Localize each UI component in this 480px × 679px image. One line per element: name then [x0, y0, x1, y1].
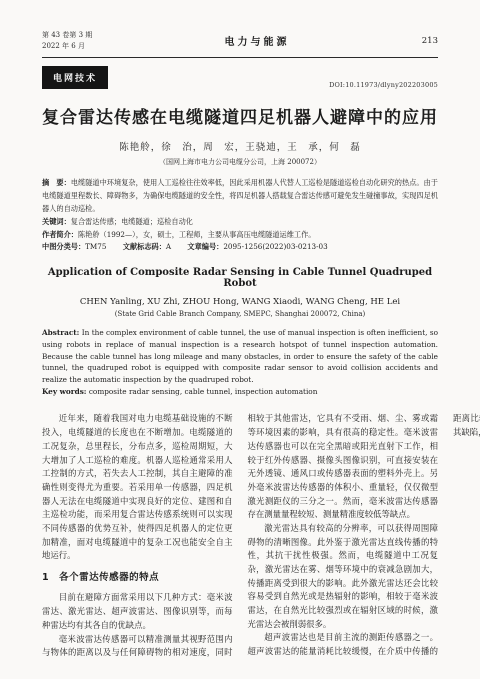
abstract-en-text: In the complex environment of cable tunn…	[42, 328, 438, 384]
doi-text: DOI:10.11973/dlyny202203005	[329, 81, 438, 89]
abstract-en-label: Abstract:	[42, 328, 79, 337]
journal-name: 电力与能源	[225, 33, 290, 48]
abstract-zh-label: 摘 要：	[42, 178, 71, 187]
authors-zh: 陈艳舲，徐 治，周 宏，王骁迪，王 承，何 磊	[42, 139, 438, 153]
classification-line: 中图分类号：TM75 文献标志码：A 文章编号：2095-1256(2022)0…	[42, 241, 438, 254]
clc-value: TM75	[85, 242, 106, 251]
author-bio-text: 陈艳舲（1992—），女，硕士，工程师，主要从事高压电缆隧道运维工作。	[78, 230, 316, 239]
doc-code-label: 文献标志码：	[123, 242, 166, 251]
doc-code-segment: 文献标志码：A	[123, 242, 171, 251]
authors-en: CHEN Yanling, XU Zhi, ZHOU Hong, WANG Xi…	[42, 297, 438, 307]
body-paragraph-1: 近年来，随着我国对电力电缆基础设施的不断投入，电缆隧道的长度也在不断增加。电缆隧…	[42, 412, 233, 563]
clc-segment: 中图分类号：TM75	[42, 242, 106, 251]
doc-code-value: A	[166, 242, 171, 251]
body-paragraph-4: 激光雷达具有较高的分辨率，可以获得周围障碍物的清晰图像。此外鉴于激光雷达直线传播…	[248, 522, 439, 632]
header-divider	[42, 57, 438, 58]
journal-page: 第 43 卷第 3 期 2022 年 6 月 电力与能源 213 电网技术 DO…	[0, 0, 480, 679]
keywords-zh: 关键词：复合雷达传感；电缆隧道；巡检自动化	[42, 216, 438, 229]
keywords-en-text: composite radar sensing, cable tunnel, i…	[87, 387, 318, 396]
article-body: 近年来，随着我国对电力电缆基础设施的不断投入，电缆隧道的长度也在不断增加。电缆隧…	[42, 412, 438, 660]
page-number: 213	[422, 36, 438, 46]
abstract-en: Abstract: In the complex environment of …	[42, 327, 438, 385]
keywords-en: Key words: composite radar sensing, cabl…	[42, 386, 438, 398]
affiliation-zh: （国网上海市电力公司电缆分公司，上海 200072）	[42, 157, 438, 167]
abstract-en-block: Abstract: In the complex environment of …	[42, 327, 438, 397]
article-id-segment: 文章编号：2095-1256(2022)03-0213-03	[187, 242, 327, 251]
affiliation-en: (State Grid Cable Branch Company, SMEPC,…	[42, 310, 438, 318]
abstract-zh-text: 电缆隧道中环境复杂，使用人工巡检往往效率低，因此采用机器人代替人工巡检是隧道巡检…	[42, 178, 438, 213]
article-id-label: 文章编号：	[187, 242, 223, 251]
keywords-zh-text: 复合雷达传感；电缆隧道；巡检自动化	[71, 217, 193, 226]
keywords-zh-label: 关键词：	[42, 217, 71, 226]
section-heading-1: 1 各个雷达传感器的特点	[42, 570, 233, 585]
keywords-en-label: Key words:	[42, 387, 87, 396]
article-title-en: Application of Composite Radar Sensing i…	[42, 267, 438, 289]
volume-issue-block: 第 43 卷第 3 期 2022 年 6 月	[42, 30, 92, 52]
journal-header: 第 43 卷第 3 期 2022 年 6 月 电力与能源 213	[42, 30, 438, 52]
issue-date-line: 2022 年 6 月	[42, 41, 92, 52]
article-title-zh: 复合雷达传感在电缆隧道四足机器人避障中的应用	[42, 103, 438, 128]
badge-doi-row: 电网技术 DOI:10.11973/dlyny202203005	[42, 66, 438, 89]
author-bio: 作者简介：陈艳舲（1992—），女，硕士，工程师，主要从事高压电缆隧道运维工作。	[42, 229, 438, 242]
article-id-value: 2095-1256(2022)03-0213-03	[223, 242, 327, 251]
author-bio-label: 作者简介：	[42, 230, 78, 239]
meta-block: 摘 要：电缆隧道中环境复杂，使用人工巡检往往效率低，因此采用机器人代替人工巡检是…	[42, 177, 438, 255]
abstract-zh: 摘 要：电缆隧道中环境复杂，使用人工巡检往往效率低，因此采用机器人代替人工巡检是…	[42, 177, 438, 216]
volume-issue-line: 第 43 卷第 3 期	[42, 30, 92, 41]
clc-label: 中图分类号：	[42, 242, 85, 251]
section-badge: 电网技术	[42, 66, 108, 89]
body-paragraph-2: 目前在避障方面常采用以下几种方式：毫米波雷达、激光雷达、超声波雷达、图像识别等，…	[42, 591, 233, 632]
